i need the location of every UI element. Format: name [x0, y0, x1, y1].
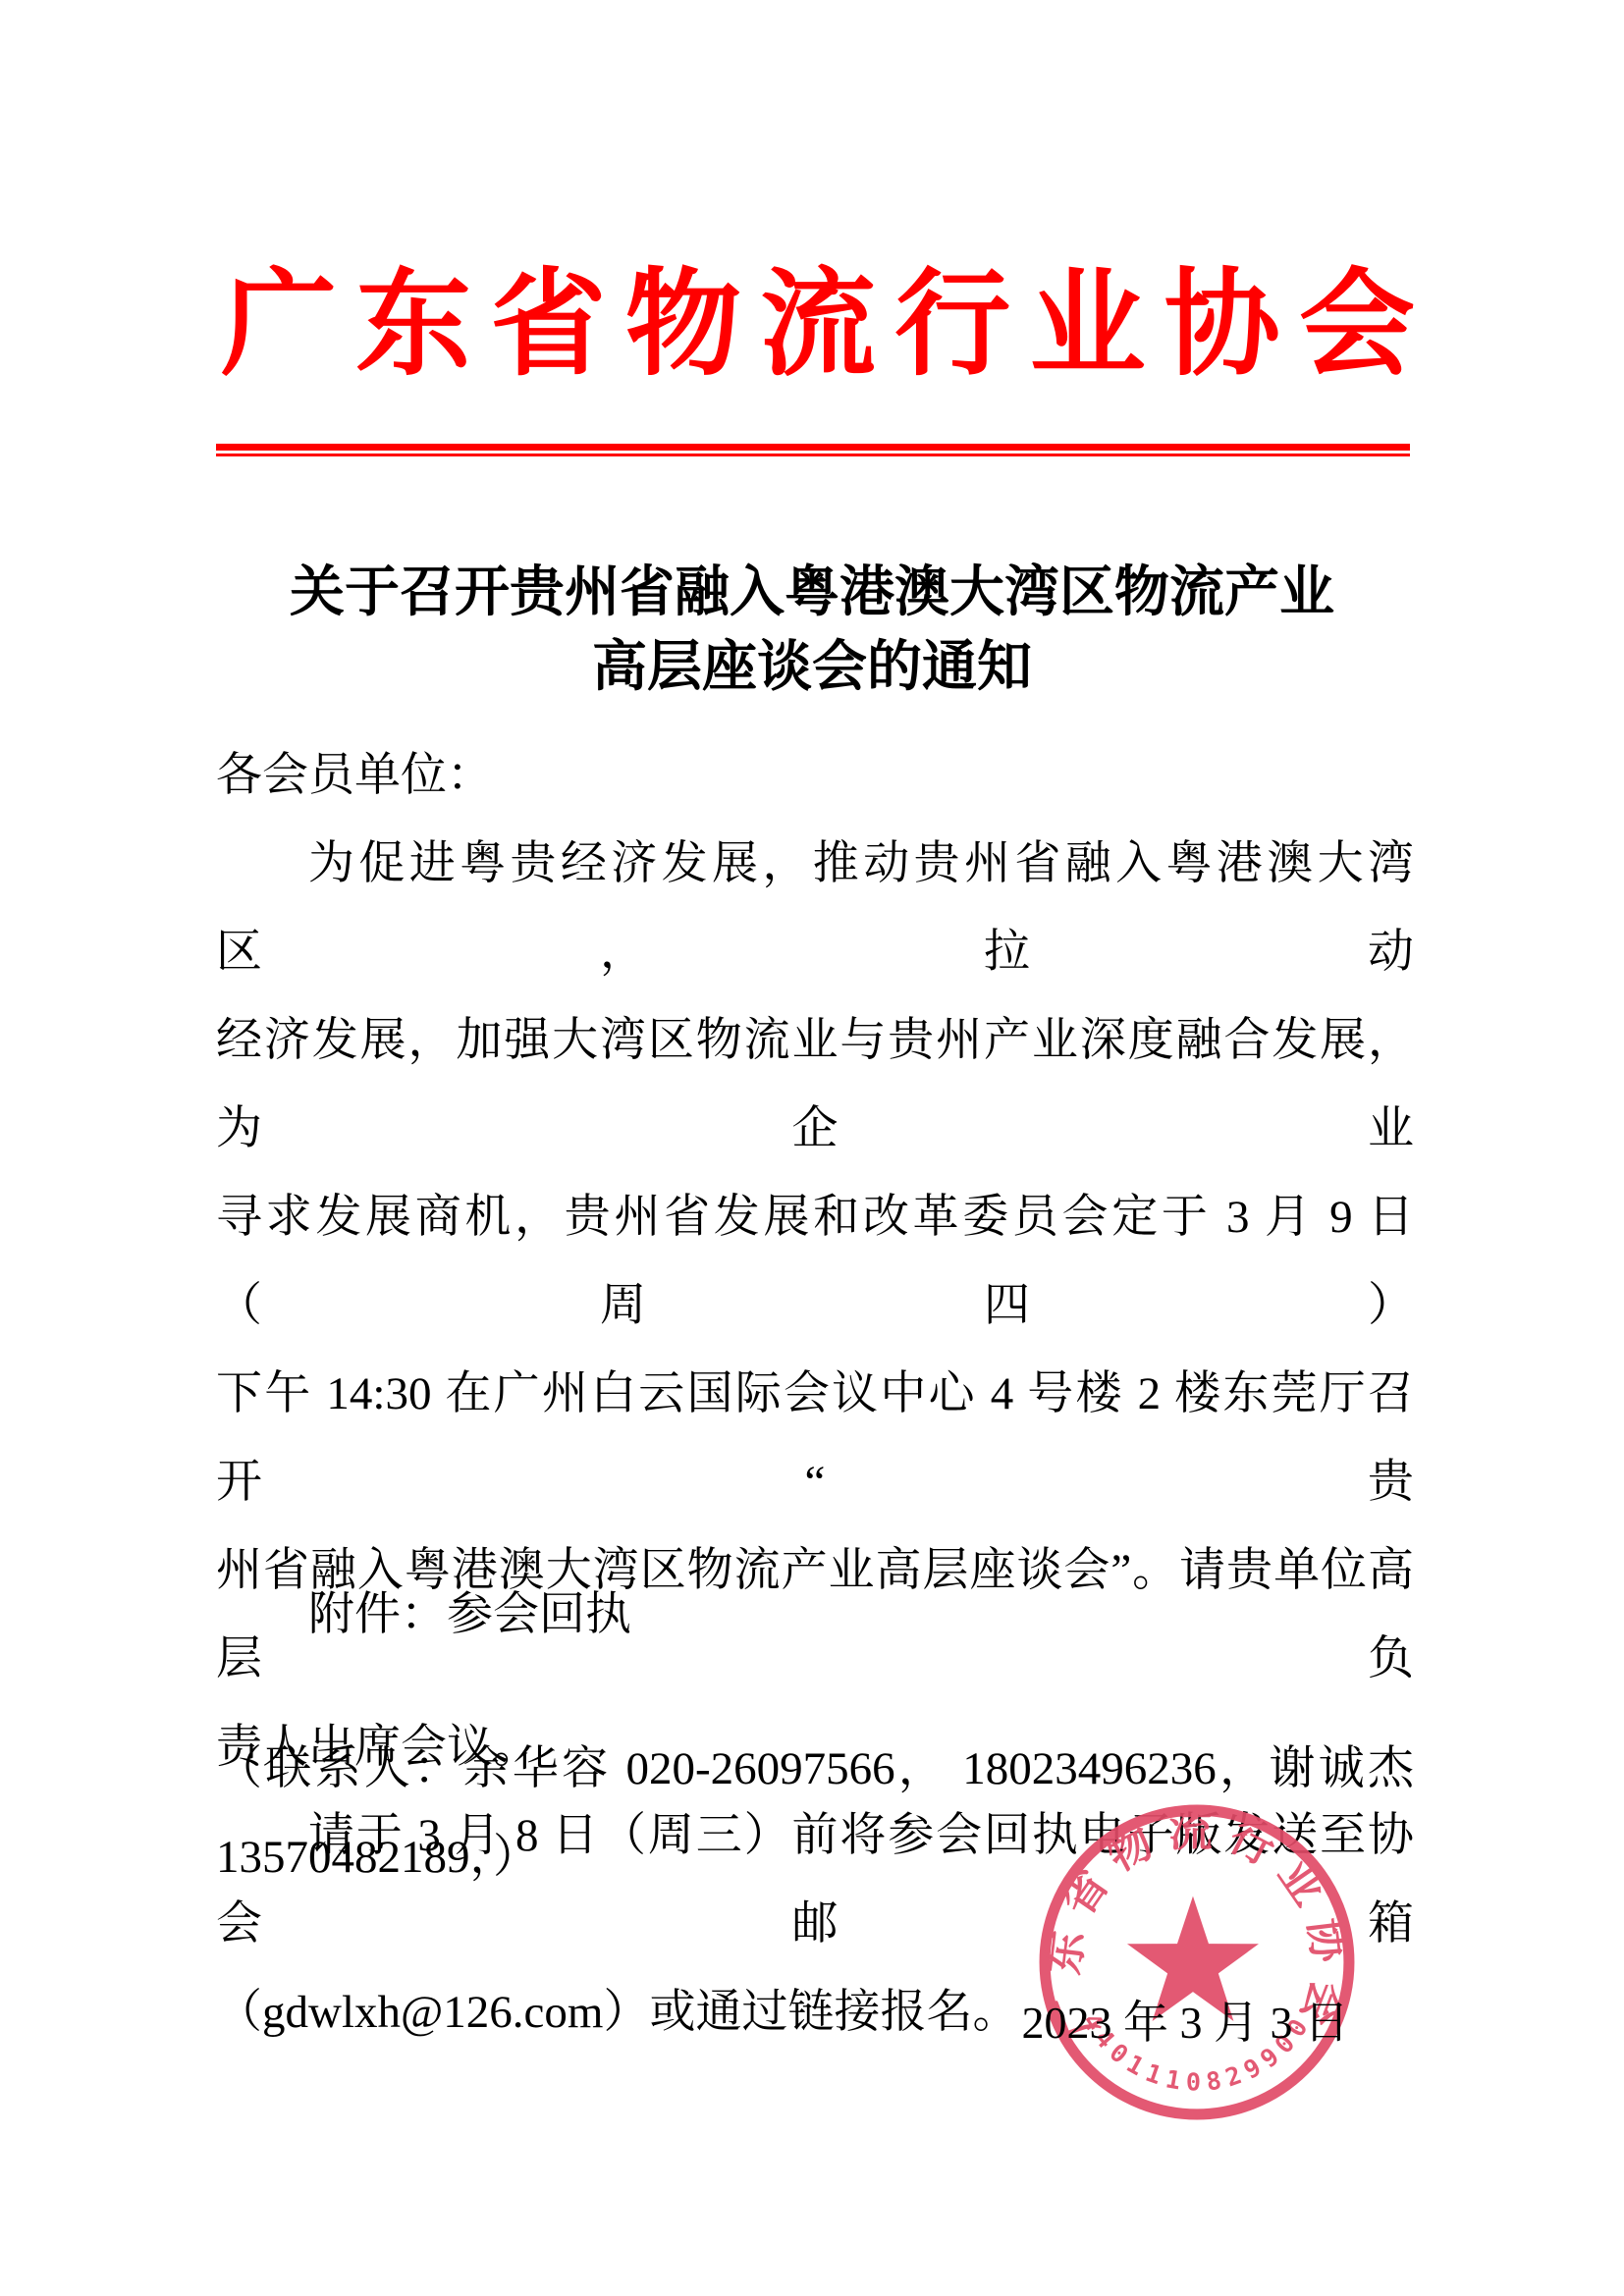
- letterhead-text: 广东省物流行业协会: [221, 257, 1415, 395]
- document-date: 2023 年 3 月 3 日: [216, 1998, 1414, 2049]
- official-seal: 广东省物流行业协会 4401110829900: [1034, 1799, 1360, 2125]
- letterhead-rule-thick: [216, 444, 1410, 451]
- paragraph1-line-4: 下午 14:30 在广州白云国际会议中心 4 号楼 2 楼东莞厅召开“贵: [216, 1350, 1414, 1526]
- document-title-line-1: 关于召开贵州省融入粤港澳大湾区物流产业: [213, 556, 1411, 630]
- document-title: 关于召开贵州省融入粤港澳大湾区物流产业 高层座谈会的通知: [213, 556, 1411, 705]
- paragraph1-line-1: 为促进粤贵经济发展，推动贵州省融入粤港澳大湾区，拉动: [216, 820, 1414, 996]
- letterhead-title: 广东省物流行业协会: [221, 257, 1415, 395]
- paragraph1-line-2: 经济发展，加强大湾区物流业与贵州产业深度融合发展，为企业: [216, 996, 1414, 1173]
- attachment-note: 附件：参会回执: [216, 1571, 1414, 1659]
- attachment-block: 附件：参会回执: [216, 1571, 1414, 1659]
- letterhead-rule-thin: [216, 454, 1410, 456]
- salutation: 各会员单位：: [216, 731, 1414, 820]
- document-title-line-2: 高层座谈会的通知: [213, 630, 1411, 705]
- document-page: 广东省物流行业协会 关于召开贵州省融入粤港澳大湾区物流产业 高层座谈会的通知 各…: [0, 0, 1624, 2296]
- paragraph1-line-3: 寻求发展商机，贵州省发展和改革委员会定于 3 月 9 日（周四）: [216, 1173, 1414, 1350]
